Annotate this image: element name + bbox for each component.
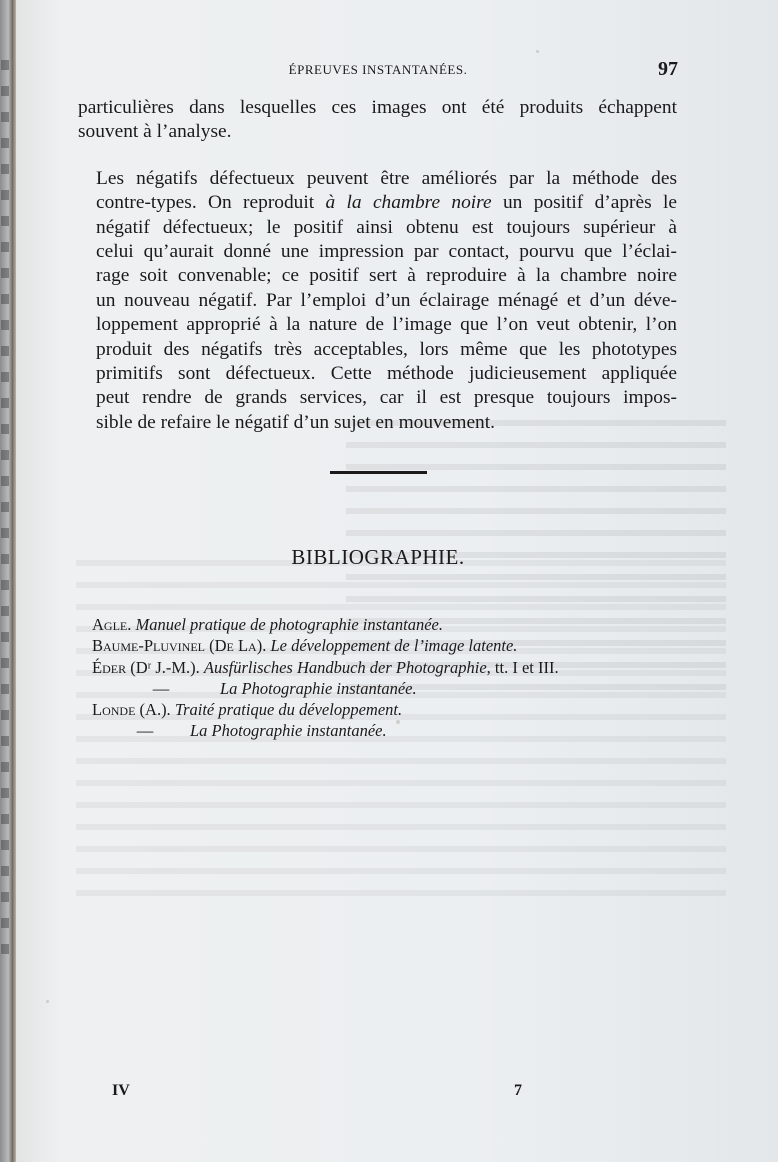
bibliography-entry: Baume-Pluvinel (De La). Le développement… [92, 635, 692, 656]
text-line: particulières dans lesquelles ces images… [78, 96, 677, 120]
paragraph-contre-types: Les négatifs défectueux peuvent être amé… [78, 167, 677, 435]
italic-phrase: à la chambre noire [325, 192, 491, 213]
bibliography-entry: —La Photographie instantanée. [92, 720, 692, 741]
bibliography-entry: —La Photographie instantanée. [92, 678, 692, 699]
entry-title: Traité pratique du développement. [175, 700, 402, 719]
signature-mark: IV [112, 1082, 130, 1100]
text-line: sible de refaire le négatif d’un sujet e… [78, 411, 677, 435]
entry-extra: , tt. I et III. [487, 658, 559, 677]
text-line: contre-types. On reproduit à la chambre … [78, 191, 677, 215]
entry-title: Ausfürlisches Handbuch der Photographie [204, 658, 487, 677]
text-line: produit des négatifs très acceptables, l… [78, 338, 677, 362]
running-title: ÉPREUVES INSTANTANÉES. [78, 62, 678, 78]
entry-title: La Photographie instantanée. [220, 679, 417, 698]
paper-speck [536, 50, 539, 53]
sheet-number: 7 [514, 1082, 522, 1100]
text-line: Les négatifs défectueux peuvent être amé… [78, 167, 677, 191]
entry-author: Agle. [92, 615, 131, 634]
text-line: primitifs sont défectueux. Cette méthode… [78, 362, 677, 386]
entry-author: Baume-Pluvinel (De La). [92, 636, 266, 655]
bibliography-entry: Éder (Dʳ J.-M.). Ausfürlisches Handbuch … [92, 657, 692, 678]
text-line: souvent à l’analyse. [78, 120, 677, 144]
text-line: peut rendre de grands services, car il e… [78, 386, 677, 410]
entry-title: La Photographie instantanée. [190, 721, 387, 740]
running-header: ÉPREUVES INSTANTANÉES. 97 [78, 62, 678, 86]
page-number: 97 [658, 58, 678, 81]
text-line: négatif défectueux; le positif ainsi obt… [78, 216, 677, 240]
entry-title: Le développement de l’image latente. [270, 636, 517, 655]
entry-author: Éder (Dʳ J.-M.). [92, 658, 200, 677]
bibliography-entry: Agle. Manuel pratique de photographie in… [92, 614, 692, 635]
text-run: contre-types. On reproduit [96, 192, 325, 213]
paper-speck [46, 1000, 49, 1003]
facing-page-text-edge [1, 60, 9, 960]
ditto-dash: — [130, 720, 160, 741]
section-separator-rule [330, 471, 427, 474]
bibliography-entry: Londe (A.). Traité pratique du développe… [92, 699, 692, 720]
paragraph-continued: particulières dans lesquelles ces images… [78, 96, 677, 145]
text-line: loppement approprié à la nature de l’ima… [78, 313, 677, 337]
text-line: un nouveau négatif. Par l’emploi d’un éc… [78, 289, 677, 313]
bibliography-heading: BIBLIOGRAPHIE. [78, 545, 678, 570]
text-line: rage soit convenable; ce positif sert à … [78, 264, 677, 288]
bibliography-list: Agle. Manuel pratique de photographie in… [92, 614, 692, 742]
text-line: celui qu’aurait donné une impression par… [78, 240, 677, 264]
entry-title: Manuel pratique de photographie instanta… [136, 615, 444, 634]
book-spine-edge [0, 0, 12, 1162]
text-run: un positif d’après le [492, 192, 677, 213]
entry-author: Londe (A.). [92, 700, 171, 719]
ditto-dash: — [146, 678, 176, 699]
main-text: particulières dans lesquelles ces images… [78, 96, 677, 435]
